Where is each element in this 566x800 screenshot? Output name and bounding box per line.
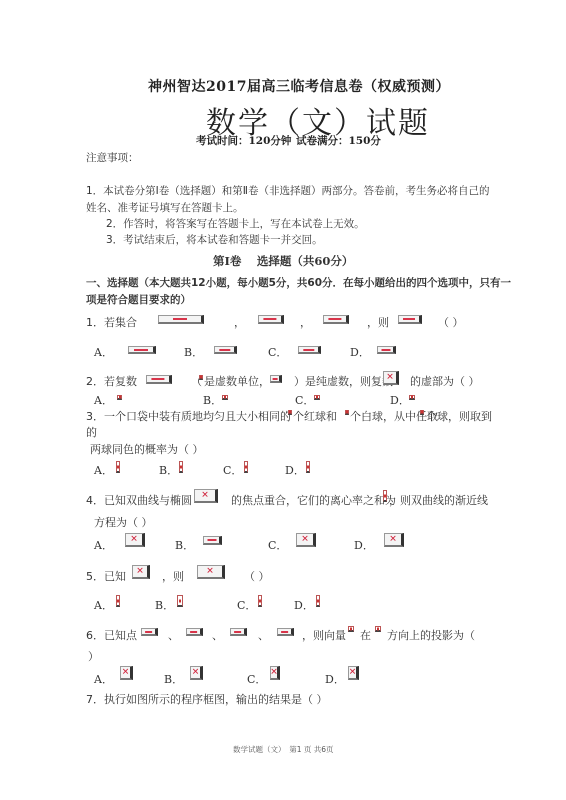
- q3-text-wrap: 的: [86, 424, 97, 440]
- q2-formula-image: [270, 375, 282, 383]
- q3-text-end: 个球，则取到: [426, 408, 492, 424]
- q2-text-mid2: ）是纯虚数，则复数: [294, 373, 393, 389]
- q2-i-image: [199, 375, 203, 380]
- q4-option-d: D．: [354, 537, 374, 553]
- q4-option-a-image: [125, 533, 145, 547]
- q6-sep: 、: [258, 627, 269, 643]
- q3-count-image: [420, 410, 424, 415]
- q6-point-image: [277, 628, 294, 636]
- q6-point-image: [186, 628, 203, 636]
- q2-option-d-image: [409, 395, 415, 400]
- q5-blank: （ ）: [244, 568, 270, 584]
- q3-option-c: C．: [223, 462, 242, 478]
- q3-option-b: B．: [159, 462, 178, 478]
- q5-option-d: D．: [294, 597, 314, 613]
- q5-option-a-image: [116, 595, 120, 607]
- q4-option-d-image: [384, 533, 404, 547]
- exam-time: 考试时间：120分钟: [196, 133, 291, 148]
- q3-text: 3．一个口袋中装有质地均匀且大小相同的: [86, 408, 291, 424]
- q2-option-a-image: [117, 395, 122, 400]
- q6-option-b-image: [190, 666, 203, 680]
- q1-option-b: B．: [184, 344, 203, 360]
- q3-count-image: [288, 410, 292, 415]
- q2-text-end: 的虚部为（ ）: [410, 373, 480, 389]
- q1-option-b-image: [214, 346, 237, 354]
- q1-formula-image: [158, 315, 204, 324]
- q3-count-image: [345, 410, 349, 415]
- q5-formula-image: [197, 565, 225, 579]
- q6-option-a-image: [120, 666, 133, 680]
- q5-then: ，则: [162, 568, 184, 584]
- q7-text: 7．执行如图所示的程序框图，输出的结果是（ ）: [86, 691, 328, 707]
- q1-formula-image: [323, 315, 349, 324]
- q4-ellipse-image: [194, 489, 218, 503]
- q4-option-b-image: [203, 536, 222, 545]
- q5-option-b-image: [177, 595, 183, 607]
- q2-option-d: D．: [390, 392, 410, 408]
- q3-text-mid2: 个白球，从中任取: [350, 408, 438, 424]
- q5-option-b: B．: [155, 597, 174, 613]
- q1-option-d: D．: [350, 344, 370, 360]
- q6-point-image: [230, 628, 247, 636]
- q3-text-line2: 两球同色的概率为（ ）: [90, 441, 204, 457]
- notes-heading: 注意事项：: [86, 150, 139, 165]
- q4-option-a: A．: [94, 537, 113, 553]
- q6-option-b: B．: [164, 671, 183, 687]
- q1-option-c: C．: [268, 344, 287, 360]
- q5-option-c: C．: [237, 597, 256, 613]
- q6-text: 6．已知点: [86, 627, 137, 643]
- q5-text: 5．已知: [86, 568, 126, 584]
- q1-formula-image: [258, 315, 284, 324]
- q6-point-image: [141, 628, 158, 636]
- q3-option-c-image: [244, 461, 248, 473]
- section-instructions-2: 项是符合题目要求的）: [86, 292, 191, 307]
- note-item-2: 2．作答时，将答案写在答题卡上，写在本试卷上无效。: [106, 216, 365, 231]
- q5-formula-image: [132, 565, 150, 579]
- q6-sep: 、: [212, 627, 223, 643]
- q1-then: ，则: [367, 314, 389, 330]
- q6-option-c: C．: [247, 671, 266, 687]
- q6-sep: 、: [168, 627, 179, 643]
- q4-option-b: B．: [175, 537, 194, 553]
- q6-text-mid: ，则向量: [302, 627, 346, 643]
- note-item-1: 1．本试卷分第Ⅰ卷（选择题）和第Ⅱ卷（非选择题）两部分。答卷前，考生务必将自己的: [86, 183, 489, 198]
- q4-option-c: C．: [268, 537, 287, 553]
- q3-option-d: D．: [285, 462, 305, 478]
- q1-sep: ，: [300, 314, 311, 330]
- section-instructions-1: 一、选择题（本大题共12小题，每小题5分，共60分．在每小题给出的四个选项中，只…: [86, 275, 511, 290]
- q1-text: 1．若集合: [86, 314, 137, 330]
- q5-option-c-image: [258, 595, 262, 607]
- q1-option-a-image: [128, 346, 156, 354]
- q2-option-c: C．: [295, 392, 314, 408]
- note-item-1-cont: 姓名、准考证号填写在答题卡上。: [86, 200, 244, 215]
- q6-vector-image: [375, 626, 381, 632]
- q4-option-c-image: [296, 533, 316, 547]
- q5-option-a: A．: [94, 597, 113, 613]
- q2-formula-image: [383, 371, 399, 385]
- q2-option-a: A．: [94, 392, 113, 408]
- q2-option-b-image: [222, 395, 228, 400]
- q2-option-c-image: [314, 395, 320, 400]
- q4-text: 4．已知双曲线与椭圆: [86, 492, 192, 508]
- q1-option-d-image: [377, 346, 396, 354]
- q2-text: 2．若复数: [86, 373, 137, 389]
- q1-sep: ，: [234, 314, 245, 330]
- q3-option-a: A．: [94, 462, 113, 478]
- q6-option-d-image: [348, 666, 359, 680]
- page-footer: 数学试题（文） 第1 页 共6页: [233, 744, 334, 755]
- q6-option-d: D．: [325, 671, 345, 687]
- q3-option-b-image: [179, 461, 183, 473]
- note-item-3: 3．考试结束后，将本试卷和答题卡一并交回。: [106, 232, 323, 247]
- q1-blank: （ ）: [438, 314, 464, 330]
- q6-text-close: ）: [88, 648, 99, 664]
- q6-vector-image: [348, 626, 354, 632]
- exam-super-title: 神州智达2017届高三临考信息卷（权威预测）: [148, 76, 450, 96]
- q6-in: 在: [360, 627, 371, 643]
- q1-option-a: A．: [94, 344, 113, 360]
- q6-option-c-image: [270, 666, 280, 680]
- q4-text-mid: 的焦点重合，它们的离心率之和为: [231, 492, 396, 508]
- q3-option-a-image: [116, 461, 120, 473]
- q6-option-a: A．: [94, 671, 113, 687]
- q1-formula-image: [398, 315, 422, 324]
- q4-text-line2: 方程为（ ）: [94, 514, 153, 530]
- section-title: 第Ⅰ卷 选择题（共60分）: [213, 253, 353, 269]
- full-score: 试卷满分：150分: [296, 133, 381, 148]
- q4-text-end: ，则双曲线的渐近线: [389, 492, 488, 508]
- q2-text-mid: 是虚数单位，: [204, 373, 270, 389]
- q3-option-d-image: [306, 461, 310, 473]
- q1-option-c-image: [298, 346, 321, 354]
- q2-option-b: B．: [203, 392, 222, 408]
- q5-option-d-image: [316, 595, 320, 607]
- q4-sum-image: [383, 490, 387, 502]
- q2-formula-image: [146, 375, 172, 384]
- q6-text-end: 方向上的投影为（: [387, 627, 475, 643]
- q3-text-mid: 个红球和: [293, 408, 337, 424]
